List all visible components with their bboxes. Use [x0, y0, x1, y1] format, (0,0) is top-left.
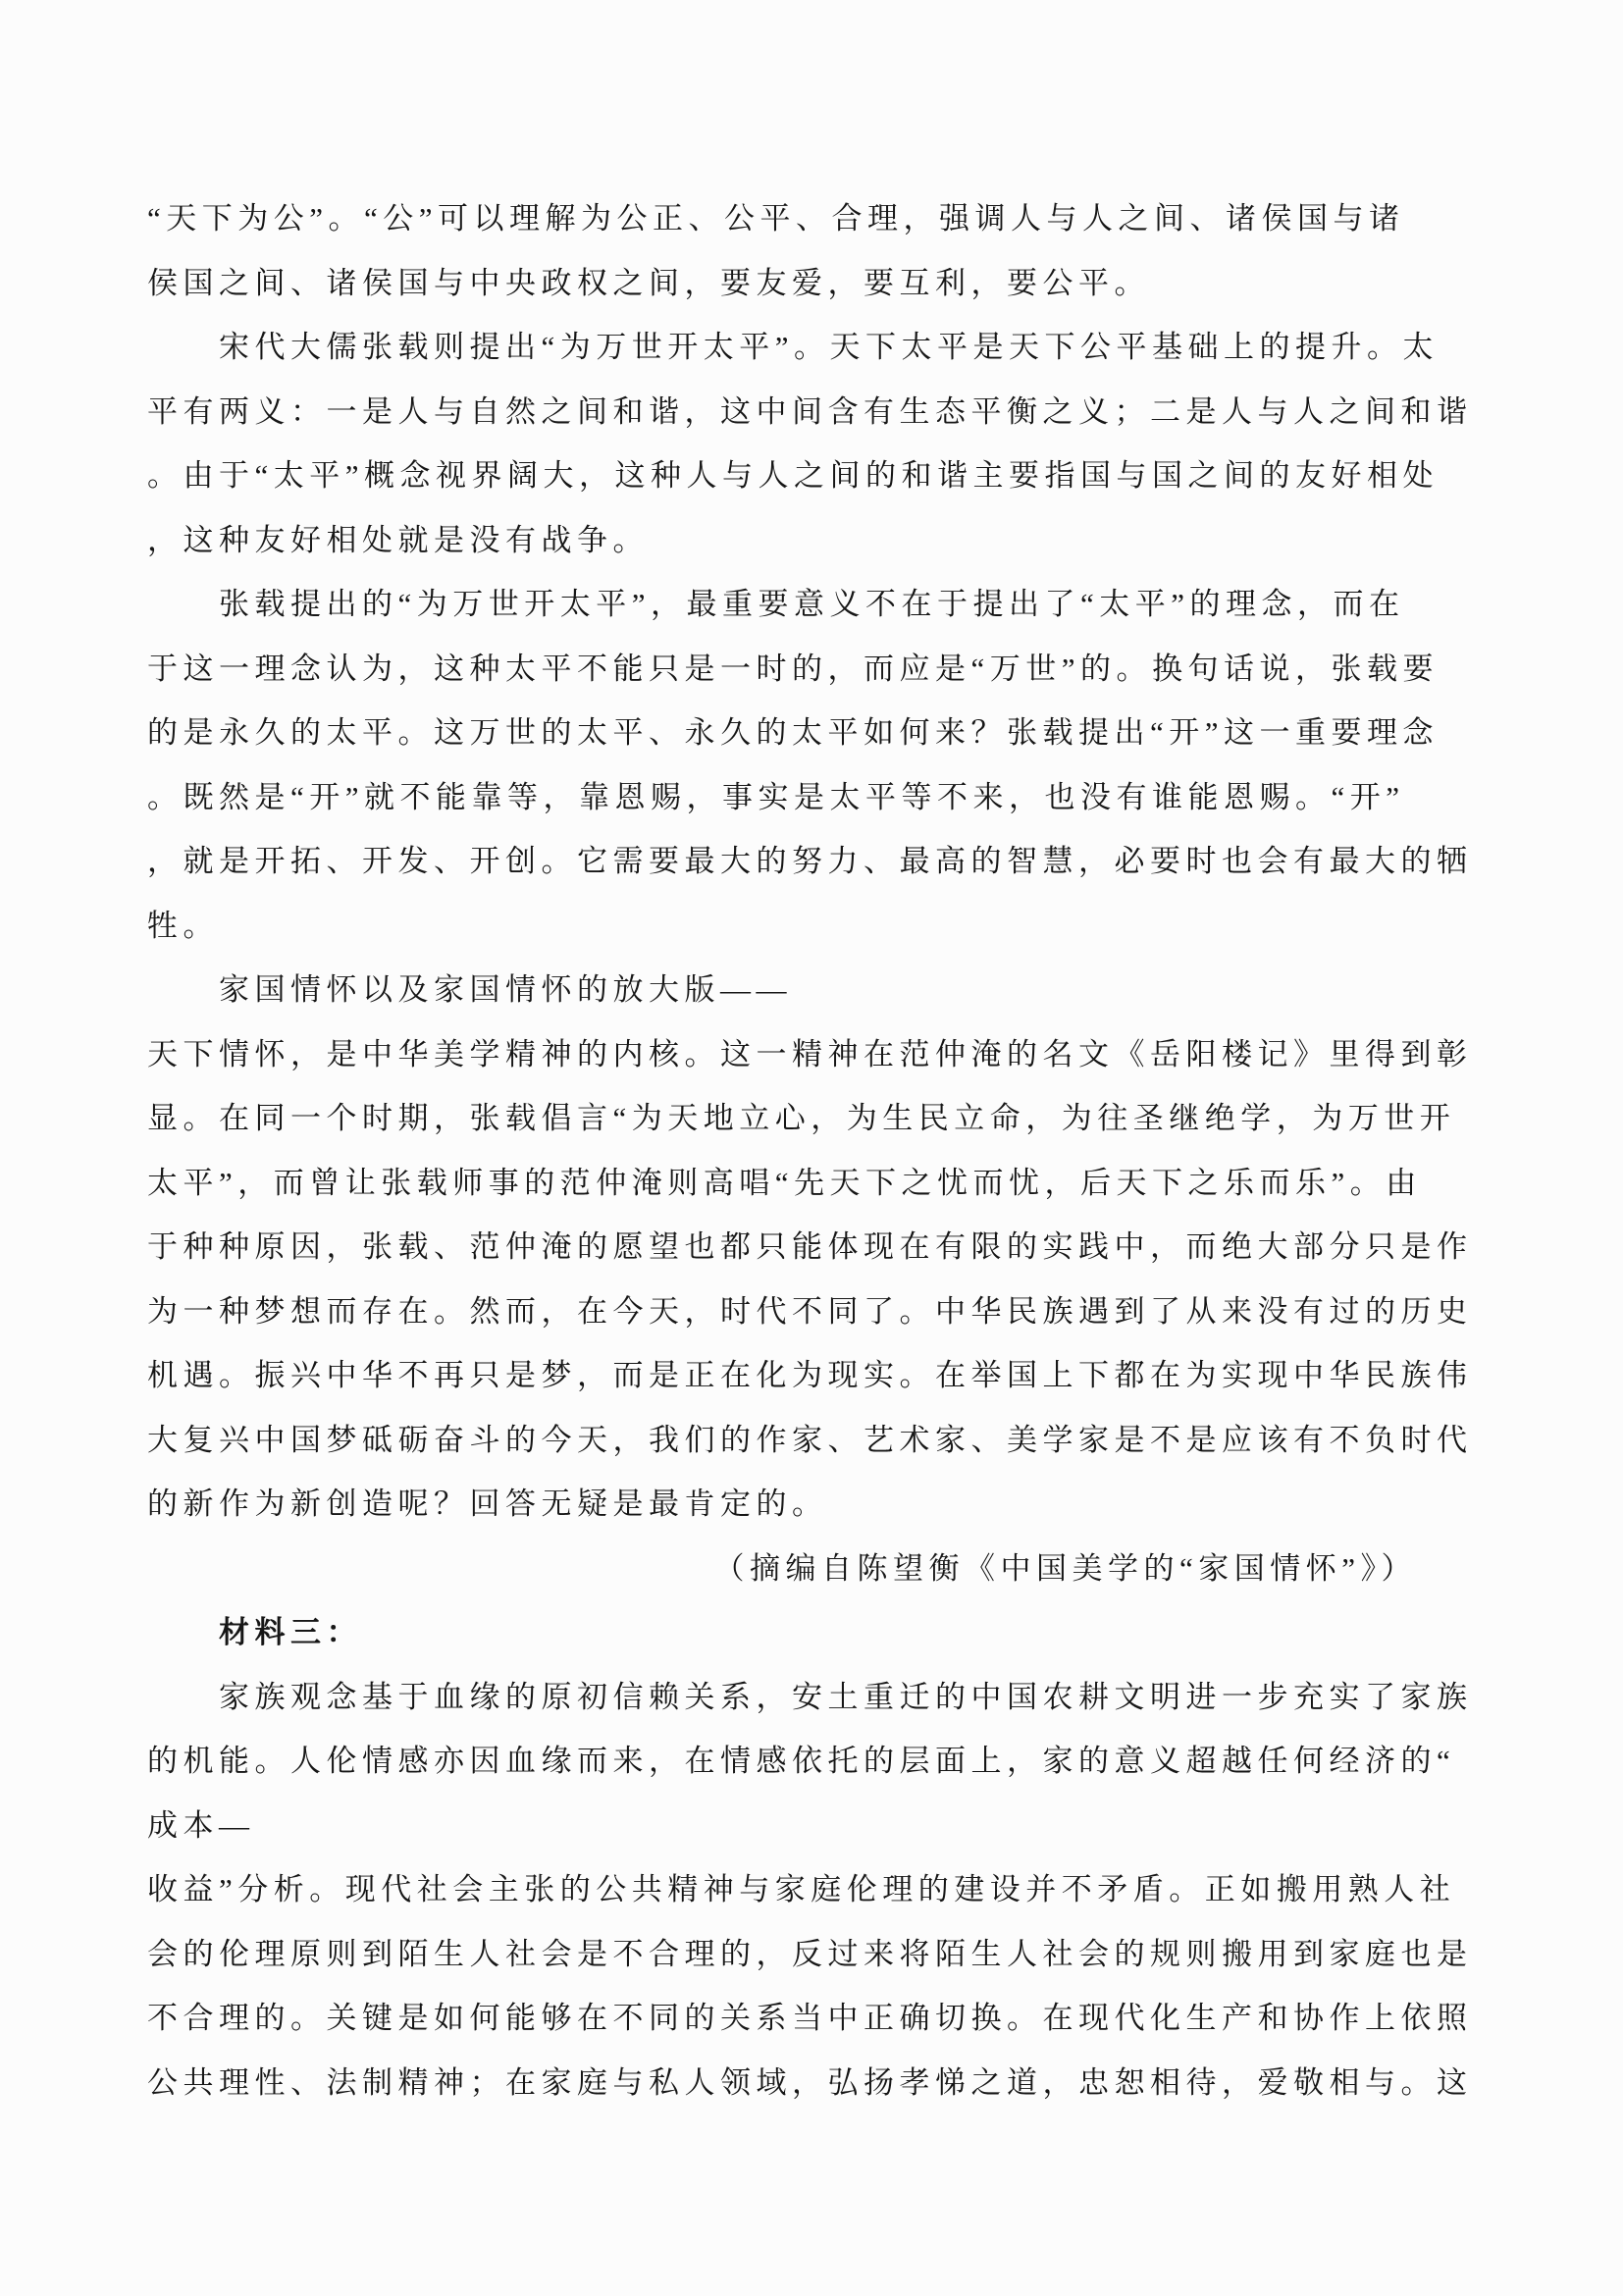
text-line: 不合理的。关键是如何能够在不同的关系当中正确切换。在现代化生产和协作上依照 [147, 1986, 1462, 2051]
text-line: 宋代大儒张载则提出“为万世开太平”。天下太平是天下公平基础上的提升。太 [147, 315, 1462, 380]
text-line: 的是永久的太平。这万世的太平、永久的太平如何来？张载提出“开”这一重要理念 [147, 701, 1462, 765]
text-line: 显。在同一个时期，张载倡言“为天地立心，为生民立命，为往圣继绝学，为万世开 [147, 1086, 1462, 1151]
text-line: 太平”，而曾让张载师事的范仲淹则高唱“先天下之忧而忧，后天下之乐而乐”。由 [147, 1151, 1462, 1216]
attribution-line: （摘编自陈望衡《中国美学的“家国情怀”》） [147, 1537, 1462, 1601]
text-line: 平有两义：一是人与自然之间和谐，这中间含有生态平衡之义；二是人与人之间和谐 [147, 380, 1462, 444]
text-line: 收益”分析。现代社会主张的公共精神与家庭伦理的建设并不矛盾。正如搬用熟人社 [147, 1857, 1462, 1922]
text-line: 张载提出的“为万世开太平”，最重要意义不在于提出了“太平”的理念，而在 [147, 572, 1462, 637]
text-line: “天下为公”。“公”可以理解为公正、公平、合理，强调人与人之间、诸侯国与诸 [147, 186, 1462, 251]
text-line: 天下情怀，是中华美学精神的内核。这一精神在范仲淹的名文《岳阳楼记》里得到彰 [147, 1022, 1462, 1087]
text-line: 。由于“太平”概念视界阔大，这种人与人之间的和谐主要指国与国之间的友好相处 [147, 444, 1462, 508]
text-line: 于种种原因，张载、范仲淹的愿望也都只能体现在有限的实践中，而绝大部分只是作 [147, 1215, 1462, 1279]
text-line: 家国情怀以及家国情怀的放大版—— [147, 958, 1462, 1022]
text-line: 为一种梦想而存在。然而，在今天，时代不同了。中华民族遇到了从来没有过的历史 [147, 1279, 1462, 1344]
text-line: 于这一理念认为，这种太平不能只是一时的，而应是“万世”的。换句话说，张载要 [147, 637, 1462, 702]
text-line: 家族观念基于血缘的原初信赖关系，安土重迁的中国农耕文明进一步充实了家族 [147, 1665, 1462, 1730]
text-line: 侯国之间、诸侯国与中央政权之间，要友爱，要互利，要公平。 [147, 251, 1462, 316]
document-body: “天下为公”。“公”可以理解为公正、公平、合理，强调人与人之间、诸侯国与诸侯国之… [147, 186, 1462, 2114]
text-line: 大复兴中国梦砥砺奋斗的今天，我们的作家、艺术家、美学家是不是应该有不负时代 [147, 1408, 1462, 1473]
section-heading-material-3: 材料三： [147, 1600, 1462, 1665]
text-line: 公共理性、法制精神；在家庭与私人领域，弘扬孝悌之道，忠恕相待，爱敬相与。这 [147, 2051, 1462, 2115]
document-page: “天下为公”。“公”可以理解为公正、公平、合理，强调人与人之间、诸侯国与诸侯国之… [0, 0, 1623, 2296]
text-line: 的机能。人伦情感亦因血缘而来，在情感依托的层面上，家的意义超越任何经济的“ [147, 1729, 1462, 1794]
text-line: 会的伦理原则到陌生人社会是不合理的，反过来将陌生人社会的规则搬用到家庭也是 [147, 1922, 1462, 1987]
text-line: 牲。 [147, 894, 1462, 959]
text-line: 。既然是“开”就不能靠等，靠恩赐，事实是太平等不来，也没有谁能恩赐。“开” [147, 765, 1462, 830]
text-line: 机遇。振兴中华不再只是梦，而是正在化为现实。在举国上下都在为实现中华民族伟 [147, 1343, 1462, 1408]
text-line: 成本— [147, 1794, 1462, 1858]
text-line: ，就是开拓、开发、开创。它需要最大的努力、最高的智慧，必要时也会有最大的牺 [147, 829, 1462, 894]
text-line: 的新作为新创造呢？回答无疑是最肯定的。 [147, 1472, 1462, 1537]
text-line: ，这种友好相处就是没有战争。 [147, 508, 1462, 573]
